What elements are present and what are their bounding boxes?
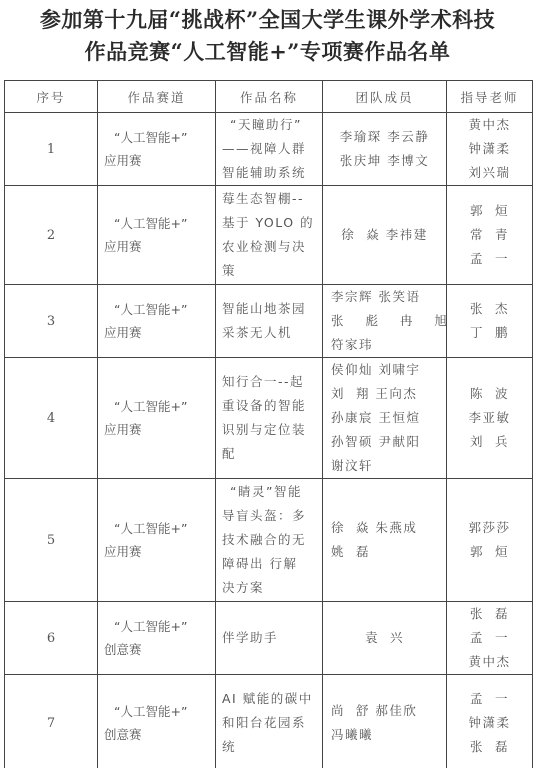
header-seq: 序号 — [5, 81, 98, 113]
header-advisors: 指导老师 — [447, 81, 533, 113]
cell-work-name: 知行合一--起 重设备的智能 识别与定位装 配 — [216, 358, 323, 479]
cell-seq: 3 — [5, 285, 98, 358]
cell-seq: 5 — [5, 479, 98, 602]
cell-advisors: 张 磊 孟 一 黄中杰 — [447, 602, 533, 675]
table-header-row: 序号 作品赛道 作品名称 团队成员 指导老师 — [5, 81, 533, 113]
cell-track: “人工智能+” 创意赛 — [98, 602, 216, 675]
cell-team-members: 李宗辉 张笑语 张 彪 冉 旭 符家玮 — [323, 285, 447, 358]
cell-track: “人工智能+” 应用赛 — [98, 113, 216, 186]
cell-seq: 7 — [5, 675, 98, 768]
cell-advisors: 张 杰 丁 鹏 — [447, 285, 533, 358]
table-row: 5 “人工智能+” 应用赛 “睛灵”智能 导盲头盔：多 技术融合的无 障碍出 行… — [5, 479, 533, 602]
cell-work-name: 莓生态智棚-- 基于 YOLO 的 农业检测与决 策 — [216, 186, 323, 285]
table-row: 1 “人工智能+” 应用赛 “天瞳助行” ——视障人群 智能辅助系统 李瑜琛 李… — [5, 113, 533, 186]
cell-work-name: 伴学助手 — [216, 602, 323, 675]
cell-track: “人工智能+” 应用赛 — [98, 285, 216, 358]
cell-team-members: 尚 舒 郝佳欣 冯曦曦 — [323, 675, 447, 768]
cell-advisors: 郭 烜 常 青 孟 一 — [447, 186, 533, 285]
table-row: 2 “人工智能+” 应用赛 莓生态智棚-- 基于 YOLO 的 农业检测与决 策… — [5, 186, 533, 285]
cell-track: “人工智能+” 应用赛 — [98, 186, 216, 285]
cell-work-name: “天瞳助行” ——视障人群 智能辅助系统 — [216, 113, 323, 186]
table-row: 3 “人工智能+” 应用赛 智能山地茶园 采茶无人机 李宗辉 张笑语 张 彪 冉… — [5, 285, 533, 358]
table-row: 7 “人工智能+” 创意赛 AI 赋能的碳中 和阳台花园系 统 尚 舒 郝佳欣 … — [5, 675, 533, 768]
cell-track: “人工智能+” 创意赛 — [98, 675, 216, 768]
cell-work-name: “睛灵”智能 导盲头盔：多 技术融合的无 障碍出 行解 决方案 — [216, 479, 323, 602]
cell-work-name: AI 赋能的碳中 和阳台花园系 统 — [216, 675, 323, 768]
cell-team-members: 侯仰灿 刘啸宇 刘 翔 王向杰 孙康宸 王恒煊 孙智硕 尹献阳 谢汶轩 — [323, 358, 447, 479]
award-list-table: 序号 作品赛道 作品名称 团队成员 指导老师 1 “人工智能+” 应用赛 “天瞳… — [4, 80, 533, 768]
title-line-1: 参加第十九届“挑战杯”全国大学生课外学术科技 — [0, 5, 535, 35]
title-line-2: 作品竞赛“人工智能+”专项赛作品名单 — [0, 37, 535, 67]
header-team-members: 团队成员 — [323, 81, 447, 113]
cell-team-members: 徐 焱 朱燕成 姚 磊 — [323, 479, 447, 602]
cell-track: “人工智能+” 应用赛 — [98, 358, 216, 479]
cell-seq: 2 — [5, 186, 98, 285]
cell-advisors: 郭莎莎 郭 烜 — [447, 479, 533, 602]
header-track: 作品赛道 — [98, 81, 216, 113]
cell-advisors: 孟 一 钟潇柔 张 磊 — [447, 675, 533, 768]
cell-advisors: 陈 波 李亚敏 刘 兵 — [447, 358, 533, 479]
cell-team-members: 李瑜琛 李云静 张庆坤 李博文 — [323, 113, 447, 186]
cell-seq: 6 — [5, 602, 98, 675]
header-work-name: 作品名称 — [216, 81, 323, 113]
table-row: 6 “人工智能+” 创意赛 伴学助手 袁 兴 张 磊 孟 一 黄中杰 — [5, 602, 533, 675]
cell-team-members: 徐 焱 李祎建 — [323, 186, 447, 285]
cell-seq: 1 — [5, 113, 98, 186]
cell-seq: 4 — [5, 358, 98, 479]
cell-work-name: 智能山地茶园 采茶无人机 — [216, 285, 323, 358]
table-row: 4 “人工智能+” 应用赛 知行合一--起 重设备的智能 识别与定位装 配 侯仰… — [5, 358, 533, 479]
cell-track: “人工智能+” 应用赛 — [98, 479, 216, 602]
cell-team-members: 袁 兴 — [323, 602, 447, 675]
cell-advisors: 黄中杰 钟潇柔 刘兴瑞 — [447, 113, 533, 186]
